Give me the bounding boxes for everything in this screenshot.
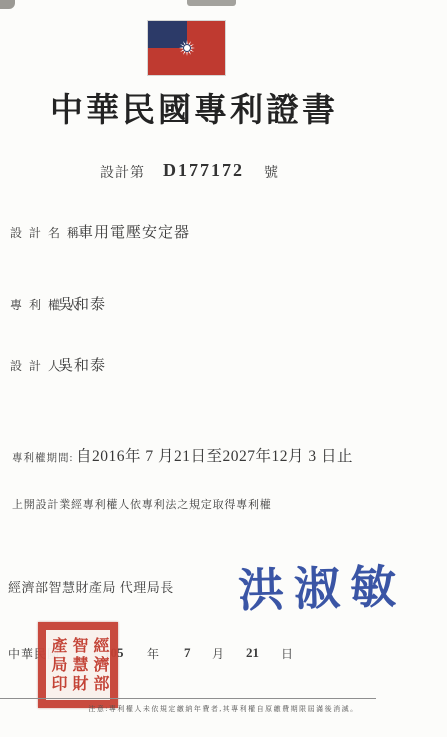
- sun-icon: [177, 38, 197, 58]
- director-signature: 洪淑敏: [237, 549, 439, 620]
- designer-value: 吳和泰: [58, 354, 106, 375]
- roc-flag: [148, 21, 225, 75]
- scan-artifact: [187, 0, 236, 6]
- patent-term-label: 專利權期間:: [12, 450, 73, 465]
- design-name-label: 設 計 名 稱:: [10, 224, 86, 241]
- footer-divider: [0, 698, 376, 699]
- date-month-unit: 月: [212, 645, 224, 662]
- official-seal: 經濟部智慧財產局印: [38, 622, 118, 708]
- date-day: 21: [246, 645, 259, 661]
- patent-number-line: 設計第 D177172 號: [0, 160, 447, 184]
- grant-statement: 上開設計業經專利權人依專利法之規定取得專利權: [12, 496, 272, 512]
- certificate-title: 中華民國專利證書: [50, 84, 397, 131]
- scan-artifact: [0, 0, 15, 9]
- patent-number: D177172: [163, 160, 244, 181]
- patent-term-value: 自2016年 7 月21日至2027年12月 3 日止: [76, 444, 353, 466]
- patent-number-suffix: 號: [264, 162, 278, 182]
- patent-certificate-page: 中華民國專利證書 設計第 D177172 號 設 計 名 稱: 車用電壓安定器 …: [0, 0, 447, 737]
- official-seal-text: 經濟部智慧財產局印: [46, 630, 110, 700]
- footnote: 注意:專利權人未依規定繳納年費者,其專利權自原繳費期限屆滿後消滅。: [0, 704, 447, 714]
- date-month: 7: [184, 645, 191, 661]
- design-name-value: 車用電壓安定器: [78, 221, 190, 242]
- date-day-unit: 日: [281, 645, 293, 662]
- patent-number-prefix: 設計第: [100, 162, 145, 182]
- date-year-unit: 年: [147, 645, 159, 662]
- patentee-value: 吳和泰: [58, 293, 106, 314]
- issuer-office-title: 經濟部智慧財產局 代理局長: [8, 577, 174, 596]
